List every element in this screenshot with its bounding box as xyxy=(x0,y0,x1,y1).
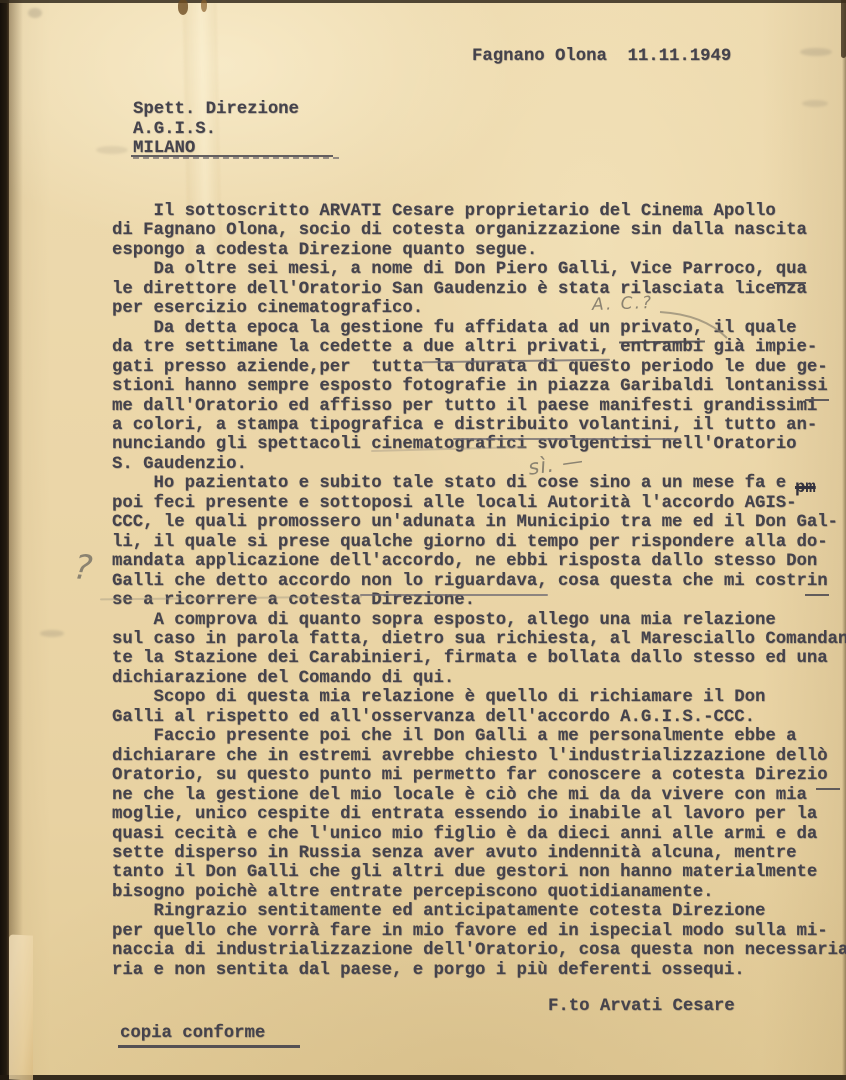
pencil-note-ac: A. C.? xyxy=(592,293,654,315)
scan-edge-top xyxy=(0,0,846,3)
underline-qua xyxy=(774,282,806,284)
copy-conform-underline xyxy=(118,1045,300,1048)
scan-edge-left-shadow xyxy=(9,0,23,1080)
underline-costrin xyxy=(805,594,829,596)
paper-stain xyxy=(201,0,207,12)
scan-edge-bottom xyxy=(0,1075,846,1080)
underline-lontanissi xyxy=(805,399,829,401)
dateline: Fagnano Olona 11.11.1949 xyxy=(472,47,731,66)
pencil-smudge xyxy=(96,146,128,154)
underline-volantini xyxy=(453,438,681,440)
scan-edge-left xyxy=(0,0,9,1080)
underline-direzio xyxy=(816,788,840,790)
recipient-address: Spett. Direzione A.G.I.S. MILANO xyxy=(133,100,299,159)
pencil-smudge xyxy=(28,8,42,18)
paper-stain xyxy=(178,0,188,15)
pencil-margin-note xyxy=(800,48,832,56)
underline-riguardava xyxy=(360,594,548,596)
pencil-question-mark: ? xyxy=(72,547,94,589)
pencil-smudge xyxy=(40,630,64,637)
copy-conform-note: copia conforme xyxy=(120,1024,265,1043)
paper-corner-edge xyxy=(9,934,33,1080)
scanned-letter-page: Fagnano Olona 11.11.1949 Spett. Direzion… xyxy=(0,0,846,1080)
struck-out-word: pm xyxy=(795,479,816,498)
recipient-underline-echo xyxy=(133,157,339,159)
scan-edge-top-right xyxy=(841,0,846,58)
pencil-margin-note xyxy=(802,100,828,107)
signature-line: F.to Arvati Cesare xyxy=(548,997,735,1016)
pencil-swoosh xyxy=(655,300,745,345)
